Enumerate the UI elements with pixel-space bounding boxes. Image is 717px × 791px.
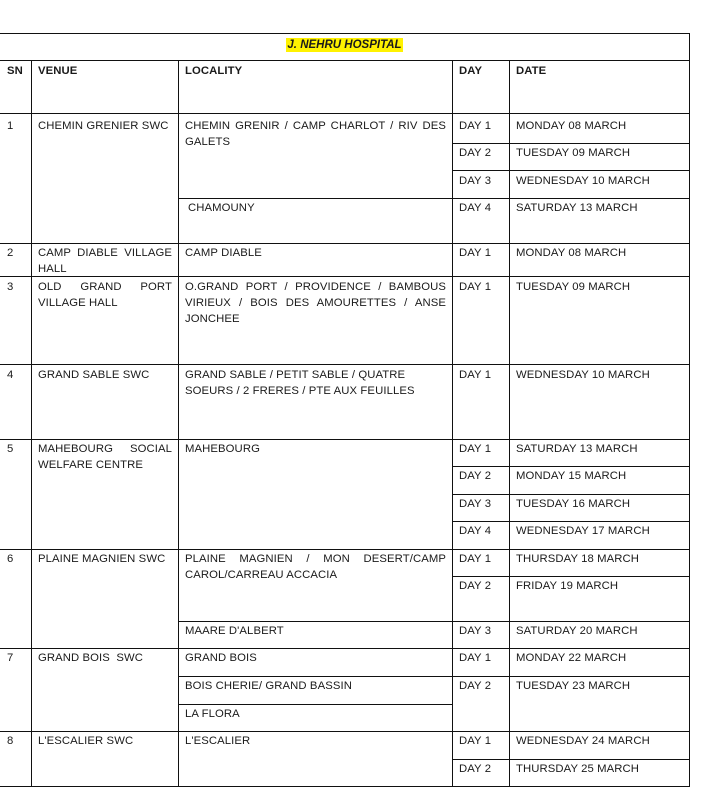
- schedule-document: J. NEHRU HOSPITAL SN VENUE LOCALITY DAY …: [0, 0, 717, 791]
- row-venue: PLAINE MAGNIEN SWC: [31, 551, 178, 567]
- row-locality: MAHEBOURG: [178, 441, 452, 457]
- row-date: WEDNESDAY 10 MARCH: [509, 367, 689, 383]
- grid-line: [452, 466, 690, 467]
- grid-line: [0, 364, 690, 365]
- row-date: SATURDAY 13 MARCH: [509, 200, 689, 216]
- row-day: DAY 1: [452, 551, 509, 567]
- grid-line: [178, 621, 690, 622]
- grid-line: [689, 33, 690, 787]
- row-sn: 6: [0, 551, 31, 567]
- grid-line: [452, 170, 690, 171]
- row-date: MONDAY 22 MARCH: [509, 650, 689, 666]
- grid-line: [452, 576, 690, 577]
- grid-line: [0, 549, 690, 550]
- row-venue: MAHEBOURG SOCIAL WELFARE CENTRE: [31, 441, 178, 473]
- row-date: WEDNESDAY 10 MARCH: [509, 173, 689, 189]
- row-day: DAY 1: [452, 733, 509, 749]
- row-sn: 1: [0, 118, 31, 134]
- row-date: THURSDAY 18 MARCH: [509, 551, 689, 567]
- row-date: FRIDAY 19 MARCH: [509, 578, 689, 594]
- row-locality: MAARE D'ALBERT: [178, 623, 452, 639]
- hospital-name: J. NEHRU HOSPITAL: [286, 38, 402, 52]
- grid-line: [0, 113, 690, 114]
- row-date: SATURDAY 20 MARCH: [509, 623, 689, 639]
- grid-line: [452, 759, 690, 760]
- row-day: DAY 4: [452, 523, 509, 539]
- row-locality: O.GRAND PORT / PROVIDENCE / BAMBOUS VIRI…: [178, 279, 452, 327]
- row-day: DAY 1: [452, 245, 509, 261]
- row-date: WEDNESDAY 24 MARCH: [509, 733, 689, 749]
- grid-line: [0, 731, 690, 732]
- row-day: DAY 1: [452, 367, 509, 383]
- row-locality: L'ESCALIER: [178, 733, 452, 749]
- row-locality: CAMP DIABLE: [178, 245, 452, 261]
- row-day: DAY 2: [452, 761, 509, 777]
- row-locality: BOIS CHERIE/ GRAND BASSIN: [178, 678, 452, 694]
- row-day: DAY 4: [452, 200, 509, 216]
- grid-line: [178, 704, 453, 705]
- row-day: DAY 3: [452, 623, 509, 639]
- row-locality: LA FLORA: [178, 706, 452, 722]
- grid-line: [178, 676, 690, 677]
- row-sn: 3: [0, 279, 31, 295]
- row-date: MONDAY 08 MARCH: [509, 245, 689, 261]
- row-day: DAY 1: [452, 279, 509, 295]
- row-venue: OLD GRAND PORT VILLAGE HALL: [31, 279, 178, 311]
- row-sn: 8: [0, 733, 31, 749]
- row-sn: 7: [0, 650, 31, 666]
- row-date: TUESDAY 16 MARCH: [509, 496, 689, 512]
- row-date: MONDAY 15 MARCH: [509, 468, 689, 484]
- row-day: DAY 3: [452, 173, 509, 189]
- row-day: DAY 2: [452, 145, 509, 161]
- document-title: J. NEHRU HOSPITAL: [0, 35, 689, 53]
- row-locality: GRAND SABLE / PETIT SABLE / QUATRE SOEUR…: [178, 367, 452, 399]
- grid-line: [0, 439, 690, 440]
- row-sn: 2: [0, 245, 31, 261]
- column-header-date: DATE: [509, 63, 689, 79]
- row-locality: CHAMOUNY: [181, 200, 452, 216]
- row-date: SATURDAY 13 MARCH: [509, 441, 689, 457]
- row-venue: L'ESCALIER SWC: [31, 733, 178, 749]
- column-header-day: DAY: [452, 63, 509, 79]
- grid-line: [31, 60, 32, 787]
- row-day: DAY 1: [452, 650, 509, 666]
- row-venue: GRAND SABLE SWC: [31, 367, 178, 383]
- grid-line: [509, 60, 510, 787]
- grid-line: [0, 33, 690, 34]
- row-date: THURSDAY 25 MARCH: [509, 761, 689, 777]
- column-header-locality: LOCALITY: [178, 63, 452, 79]
- row-venue: CHEMIN GRENIER SWC: [31, 118, 178, 134]
- row-venue: CAMP DIABLE VILLAGE HALL: [31, 245, 178, 277]
- column-header-venue: VENUE: [31, 63, 178, 79]
- grid-line: [178, 198, 690, 199]
- grid-line: [0, 60, 690, 61]
- grid-line: [0, 648, 690, 649]
- grid-line: [0, 243, 690, 244]
- row-sn: 4: [0, 367, 31, 383]
- row-day: DAY 3: [452, 496, 509, 512]
- grid-line: [452, 521, 690, 522]
- column-header-sn: SN: [0, 63, 31, 79]
- row-day: DAY 2: [452, 578, 509, 594]
- grid-line: [452, 143, 690, 144]
- row-day: DAY 1: [452, 441, 509, 457]
- row-sn: 5: [0, 441, 31, 457]
- row-day: DAY 2: [452, 678, 509, 694]
- grid-line: [178, 60, 179, 787]
- row-date: TUESDAY 09 MARCH: [509, 279, 689, 295]
- row-day: DAY 1: [452, 118, 509, 134]
- row-locality: PLAINE MAGNIEN / MON DESERT/CAMP CAROL/C…: [178, 551, 452, 583]
- grid-line: [452, 494, 690, 495]
- grid-line: [0, 276, 690, 277]
- row-day: DAY 2: [452, 468, 509, 484]
- row-date: WEDNESDAY 17 MARCH: [509, 523, 689, 539]
- row-locality: GRAND BOIS: [178, 650, 452, 666]
- grid-line: [0, 786, 690, 787]
- grid-line: [452, 60, 453, 787]
- row-date: TUESDAY 09 MARCH: [509, 145, 689, 161]
- row-date: TUESDAY 23 MARCH: [509, 678, 689, 694]
- row-venue: GRAND BOIS SWC: [31, 650, 178, 666]
- row-date: MONDAY 08 MARCH: [509, 118, 689, 134]
- row-locality: CHEMIN GRENIR / CAMP CHARLOT / RIV DES G…: [178, 118, 452, 150]
